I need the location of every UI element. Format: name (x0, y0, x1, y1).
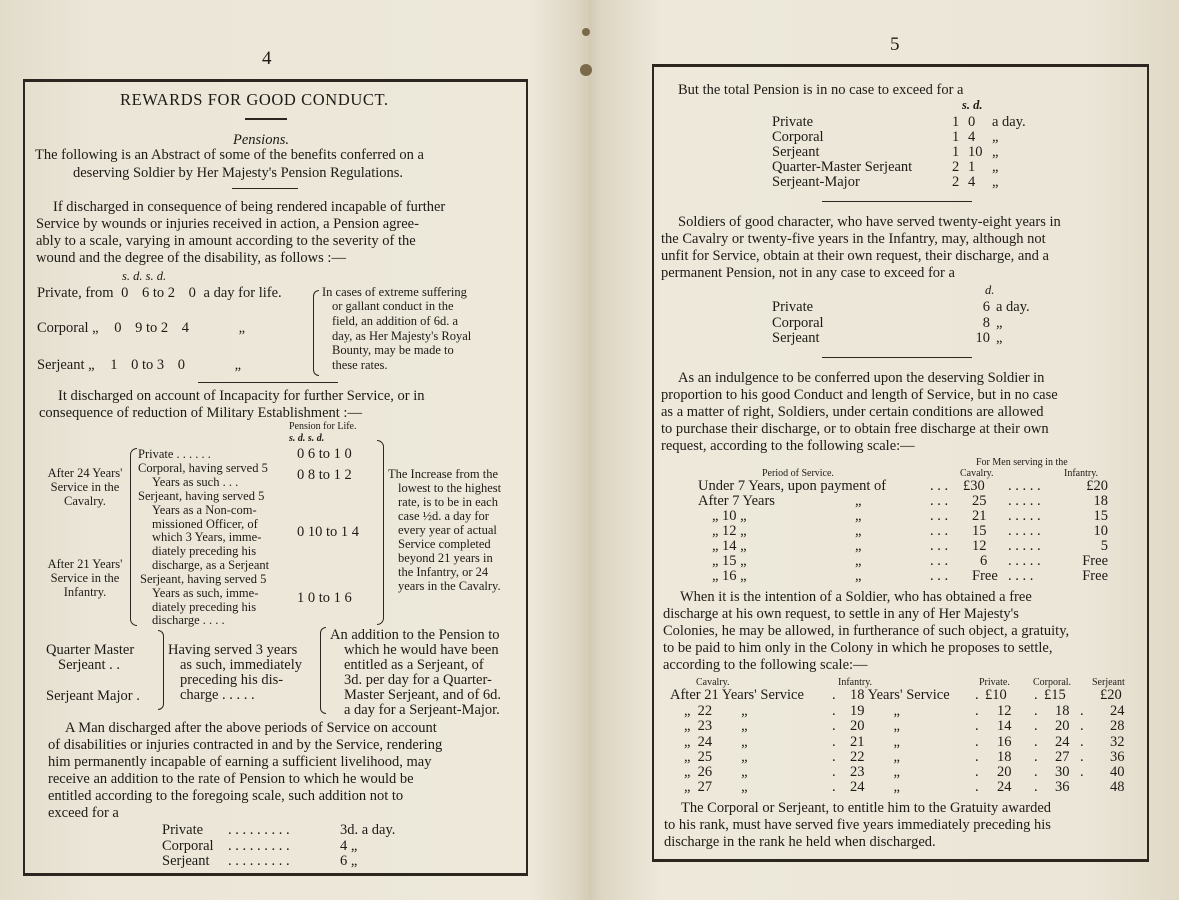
brace (320, 627, 326, 714)
intro-line: The following is an Abstract of some of … (35, 147, 424, 164)
cell: 0 (121, 285, 128, 301)
rank-desc: Private . . . . . . (138, 447, 211, 461)
cell: 2 (168, 285, 175, 301)
table-row: Private, from 0 6 to 2 0 a day for life. (37, 285, 282, 302)
divider (822, 357, 972, 358)
cell: „ 23 „ (684, 718, 748, 735)
cell: 28 (1110, 718, 1125, 735)
dot-leader: . (832, 687, 836, 704)
note-line: these rates. (332, 358, 388, 372)
rank-desc: which 3 Years, imme- (152, 530, 261, 544)
cell: „ (239, 320, 245, 336)
cell: Free (1072, 568, 1108, 585)
rank-desc: Serjeant, having served 5 (138, 489, 264, 503)
cell: 1 (110, 357, 117, 373)
paragraph-line: Service by wounds or injuries received i… (36, 216, 510, 233)
brace (130, 448, 137, 626)
cell: 6 (142, 285, 149, 301)
units-header: s. d. s. d. (122, 269, 166, 283)
intro-line: deserving Soldier by Her Majesty's Pensi… (73, 165, 403, 182)
qm-note: a day for a Serjeant-Major. (344, 702, 500, 719)
table-row: Private6a day. (772, 299, 1030, 316)
binding-stitch (582, 28, 590, 36)
units-header: s. d. (962, 98, 983, 112)
brace (313, 290, 319, 376)
paragraph-line: to purchase their discharge, or to obtai… (661, 421, 1049, 438)
cell: 0 (131, 357, 138, 373)
rank-desc: Serjeant, having served 5 (140, 572, 266, 586)
paragraph-line: It discharged on account of Incapacity f… (58, 388, 425, 405)
cell: „ 27 „ (684, 779, 748, 796)
units-header: d. (985, 283, 994, 297)
pension-value: 0 6 to 1 0 (297, 446, 352, 463)
paragraph-line: consequence of reduction of Military Est… (39, 405, 362, 422)
rank-desc: discharge, as a Serjeant (152, 558, 269, 572)
table-row: Serjeant „ 1 0 to 3 0 „ (37, 357, 241, 374)
note-line: In cases of extreme suffering (322, 285, 467, 299)
cell: After 21 Years' Service (670, 687, 804, 704)
rank: Corporal „ (37, 320, 99, 336)
binding-stitch (580, 64, 592, 76)
paragraph-line: proportion to his good Conduct and lengt… (661, 387, 1058, 404)
paragraph-line: the Cavalry or twenty-five years in the … (661, 231, 1046, 248)
paragraph-line: A Man discharged after the above periods… (65, 720, 437, 737)
cell: 0 (114, 320, 121, 336)
book-gutter (585, 0, 588, 900)
dot-leader: . (975, 718, 979, 735)
paragraph-line: The Corporal or Serjeant, to entitle him… (681, 800, 1051, 817)
rank-desc: discharge . . . . (152, 613, 225, 627)
pension-value: 0 10 to 1 4 (297, 524, 359, 541)
table-row: Serjeant-Major24„ (772, 174, 998, 191)
paragraph-line: When it is the intention of a Soldier, w… (680, 589, 1032, 606)
paragraph-line: But the total Pension is in no case to e… (678, 82, 964, 99)
cavalry-service-label: After 24 Years'Service in theCavalry. (42, 466, 128, 509)
cell: 20 „ (850, 718, 900, 735)
rank-desc: Years as such . . . (152, 475, 238, 489)
qm-label: Serjeant . . (58, 657, 120, 674)
dot-leader: . (975, 779, 979, 796)
paragraph-line: ably to a scale, varying in amount accor… (36, 233, 416, 250)
addition-row: Private. . . . . . . . .3d. a day. (162, 822, 395, 839)
qm-condition: charge . . . . . (180, 687, 255, 704)
cell: 24 (997, 779, 1012, 796)
dot-leader: . (1080, 718, 1084, 735)
infantry-service-label: After 21 Years'Service in theInfantry. (42, 557, 128, 600)
dot-leader: . . . (930, 568, 948, 585)
column-header: Pension for Life. (289, 421, 357, 432)
divider (198, 382, 338, 383)
cell: „ 16 „ (712, 568, 747, 585)
note-line: day, as Her Majesty's Royal (332, 329, 471, 343)
paragraph-line: discharge at his own request, to settle … (663, 606, 1019, 623)
qm-label: Serjeant Major . (46, 688, 140, 705)
brace (377, 440, 384, 625)
cell: 14 (997, 718, 1012, 735)
paragraph-line: permanent Pension, not in any case to ex… (661, 265, 955, 282)
rank: Private, from (37, 285, 114, 301)
page-number-left: 4 (262, 48, 272, 70)
dot-leader: . . . . (1008, 568, 1033, 585)
cell: £15 (1044, 687, 1066, 704)
paragraph-line: exceed for a (48, 805, 119, 822)
cell: 20 (1055, 718, 1070, 735)
dot-leader: . (1034, 779, 1038, 796)
cell: 3 (157, 357, 164, 373)
paragraph-line: If discharged in consequence of being re… (53, 199, 445, 216)
paragraph-line: as a matter of right, Soldiers, under ce… (661, 404, 1044, 421)
paragraph-line: of disabilities or injuries contracted i… (48, 737, 442, 754)
units-header: s. d. s. d. (289, 433, 324, 444)
paragraph-line: according to the following scale:— (663, 657, 868, 674)
cell: 18 Years' Service (850, 687, 950, 704)
dot-leader: . (832, 718, 836, 735)
cell: 36 (1055, 779, 1070, 796)
cell: 0 (189, 285, 196, 301)
page-title: REWARDS FOR GOOD CONDUCT. (120, 90, 389, 110)
cell: 4 (182, 320, 189, 336)
divider (232, 188, 298, 189)
paragraph-line: discharge in the rank he held when disch… (664, 834, 936, 851)
dot-leader: . (1080, 764, 1084, 781)
rank-desc: Corporal, having served 5 (138, 461, 268, 475)
addition-row: Serjeant. . . . . . . . .6 „ (162, 853, 357, 870)
divider (822, 201, 972, 202)
rank: Serjeant „ (37, 357, 95, 373)
rank-desc: Years as a Non-com- (152, 503, 257, 517)
paragraph-line: Colonies, he may be allowed, in furthera… (663, 623, 1069, 640)
cell: £20 (1100, 687, 1122, 704)
cell: 48 (1110, 779, 1125, 796)
cell: a day for life. (204, 285, 282, 301)
paragraph-line: to be paid to him only in the Colony in … (663, 640, 1052, 657)
note-line: or gallant conduct in the (332, 299, 454, 313)
table-row: Corporal „ 0 9 to 2 4 „ (37, 320, 245, 337)
dot-leader: . (832, 779, 836, 796)
column-group-header: For Men serving in the (976, 457, 1068, 468)
cell: „ (235, 357, 241, 373)
divider (245, 118, 287, 120)
paragraph-line: wound and the degree of the disability, … (36, 250, 346, 267)
rank-desc: Years as such, imme- (152, 586, 258, 600)
rank-desc: diately preceding his (152, 544, 256, 558)
paragraph-line: receive an addition to the rate of Pensi… (48, 771, 414, 788)
paragraph-line: Soldiers of good character, who have ser… (678, 214, 1061, 231)
cell: 24 „ (850, 779, 900, 796)
paragraph-line: him permanently incapable of earning a s… (48, 754, 431, 771)
paragraph-line: unfit for Service, obtain at their own r… (661, 248, 1049, 265)
dot-leader: . (1034, 687, 1038, 704)
dot-leader: . (1034, 718, 1038, 735)
page-number-right: 5 (890, 34, 900, 56)
cell: 9 (135, 320, 142, 336)
cell: 2 (161, 320, 168, 336)
book-spread: 4 REWARDS FOR GOOD CONDUCT. Pensions. Th… (0, 0, 1179, 900)
cell: Free (972, 568, 998, 585)
note-line: field, an addition of 6d. a (332, 314, 458, 328)
ditto: „ (855, 568, 861, 585)
pension-value: 1 0 to 1 6 (297, 590, 352, 607)
paragraph-line: entitled according to the foregoing scal… (48, 788, 403, 805)
note-line: Bounty, may be made to (332, 343, 454, 357)
pension-value: 0 8 to 1 2 (297, 467, 352, 484)
paragraph-line: request, according to the following scal… (661, 438, 915, 455)
table-row: Serjeant10„ (772, 330, 1002, 347)
cell: 0 (178, 357, 185, 373)
paragraph-line: to his rank, must have served five years… (664, 817, 1051, 834)
dot-leader: . (975, 687, 979, 704)
brace (158, 630, 164, 710)
paragraph-line: As an indulgence to be conferred upon th… (678, 370, 1044, 387)
cell: £10 (985, 687, 1007, 704)
